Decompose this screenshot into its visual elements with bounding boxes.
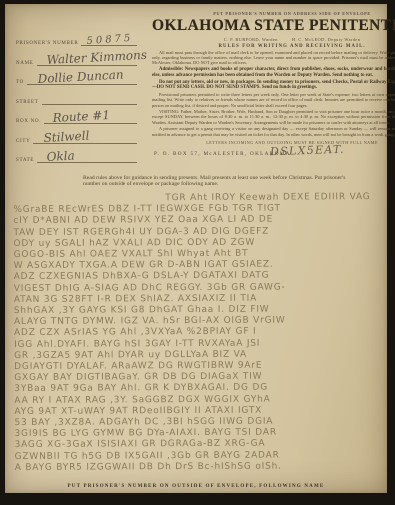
footer-note: PUT PRISONER'S NUMBER ON OUTSIDE OF ENVE… [5,484,387,489]
form-header-section: PRISONER'S NUMBER 50875 NAME Walter Kimm… [5,4,387,171]
field-to: TO Dollie Duncan [16,73,137,85]
prisoner-number-label: PRISONER'S NUMBER [16,41,81,46]
field-street: STREET [16,93,137,105]
envelope-note: PUT PRISONER'S NUMBER ON ADDRESS SIDE OF… [152,11,395,16]
to-value: Dollie Duncan [37,68,124,86]
page-title: OKLAHOMA STATE PENITENTIARY [152,17,395,35]
to-label: TO [16,80,27,85]
city-label: CITY [16,139,33,144]
address-line: P. O. BOX 57, McALESTER, OKLAHOMA DSLX5E… [152,147,395,159]
photo-frame: PRISONER'S NUMBER 50875 NAME Walter Kimm… [0,0,395,505]
prisoner-number-line: 50875 [81,33,137,46]
warden-name: C. P. BURFORD, Warden [224,37,278,42]
name-value: Walter Kimmons [46,47,147,66]
state-value: Okla [46,149,75,164]
street-line [42,92,137,105]
cipher-line: TGR Aht IROY Keewah DEXE EDIIIR VAG [13,192,378,205]
prisoner-number-value: 50875 [86,33,133,47]
to-line: Dollie Duncan [27,72,137,85]
city-value: Stilwell [43,128,89,144]
state-label: STATE [16,158,37,163]
rule-paragraph-mail: All mail must pass through the office of… [152,50,395,66]
rule-paragraph-gang: A prisoner assigned to a gang receiving … [152,126,395,136]
rule-paragraph-money: Do not put any letters, old or new, in p… [152,80,395,91]
field-name: NAME Walter Kimmons [16,54,137,66]
rule-paragraph-visiting: VISITING: Father, Mother, Sister, Brothe… [152,109,395,125]
field-city: CITY Stilwell [16,132,137,144]
field-prisoner-number: PRISONER'S NUMBER 50875 [16,34,137,46]
name-label: NAME [16,61,37,66]
rule-paragraph-admissible: Admissible: Newspapers and books of prop… [152,67,395,78]
deputy-warden-name: H. C. McLEOD, Deputy Warden [292,37,361,42]
box-no-value: Route #1 [53,108,111,125]
name-line: Walter Kimmons [37,53,137,66]
field-state: STATE Okla [16,151,137,163]
street-label: STREET [16,100,42,105]
rules-column: PUT PRISONER'S NUMBER ON ADDRESS SIDE OF… [143,4,395,171]
field-box-no: BOX NO. Route #1 [16,112,137,124]
box-no-line: Route #1 [44,111,137,124]
handwritten-overlay: DSLX5EAT. [270,143,345,159]
christmas-note: Read rules above for guidance in sending… [83,175,347,188]
rule-paragraph-letters: Provisional prisoners permitted to write… [152,92,395,108]
signing-note: LETTERS INCOMING AND OUTGOING MUST BE SI… [152,140,395,145]
cipher-line: A BAYG BYR5 IZGGWAII DB Dh DrS Bc-hIShSG… [15,461,380,474]
city-line: Stilwell [33,131,137,144]
box-no-label: BOX NO. [16,119,44,124]
address-fields-column: PRISONER'S NUMBER 50875 NAME Walter Kimm… [5,4,143,171]
cipher-letter-body: TGR Aht IROY Keewah DEXE EDIIIR VAG %Gra… [13,192,379,474]
prison-letter-form: PRISONER'S NUMBER 50875 NAME Walter Kimm… [5,4,387,493]
rules-heading: RULES FOR WRITING AND RECEIVING MAIL. [152,44,395,49]
warden-line: C. P. BURFORD, Warden H. C. McLEOD, Depu… [152,37,395,42]
state-line: Okla [37,150,137,163]
